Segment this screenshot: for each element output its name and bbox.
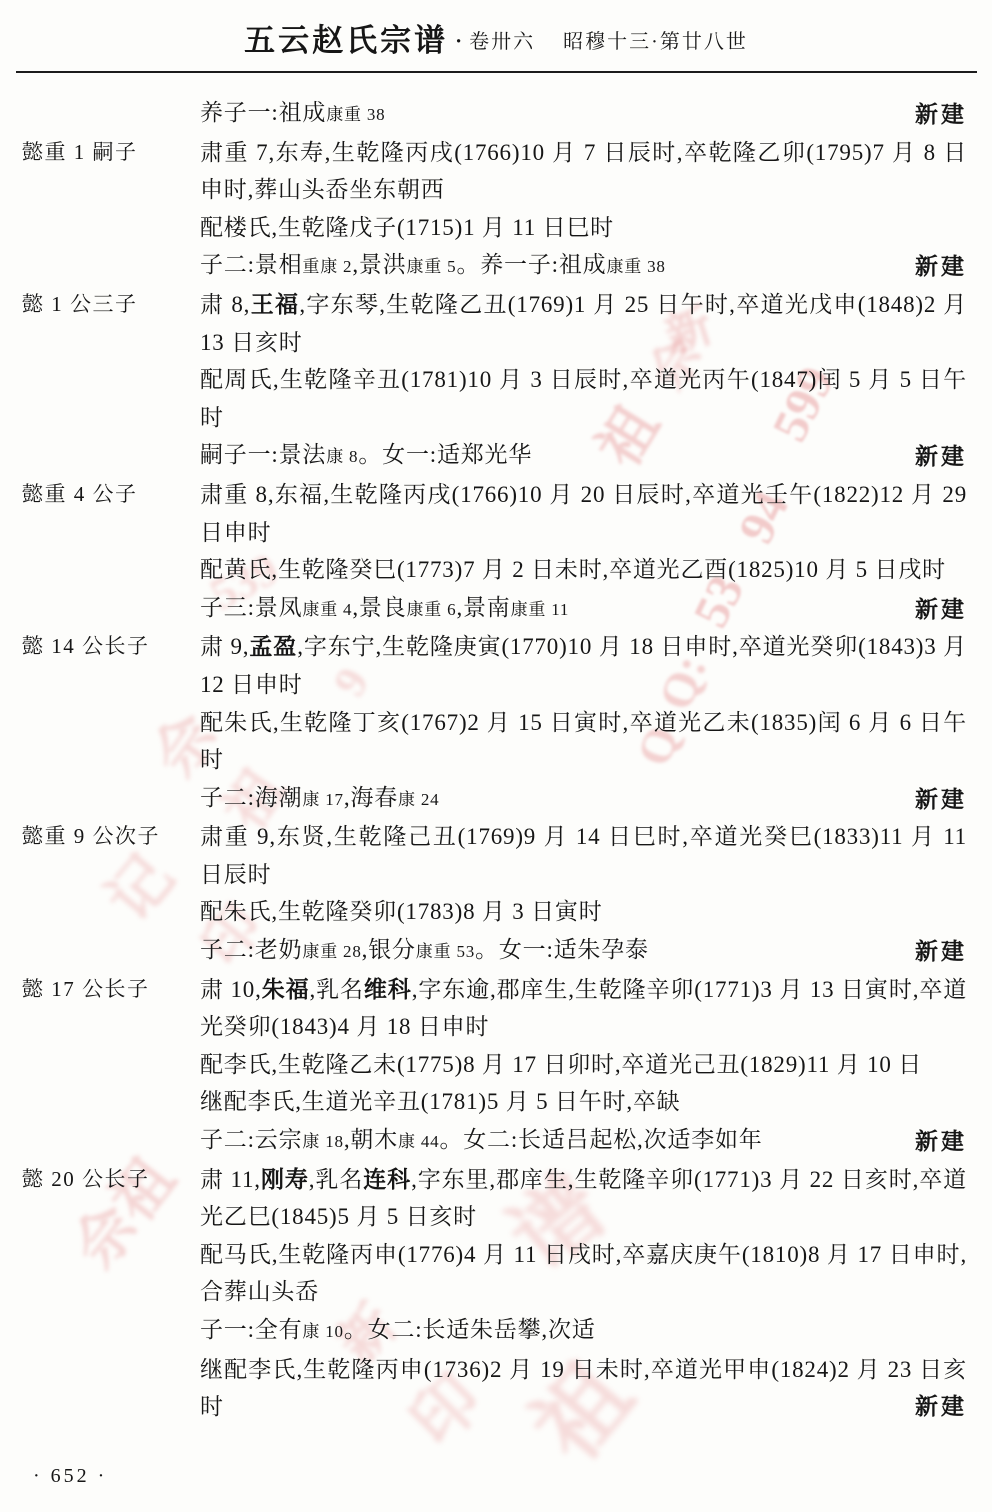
record-text: 配黄氏,生乾隆癸巳(1773)7 月 2 日未时,卒道光乙酉(1825)10 月…	[200, 557, 946, 582]
entry-content: 养子一:祖成康重 38新建	[200, 94, 992, 134]
xinjian-label: 新建	[915, 248, 967, 286]
record-text: 配朱氏,生乾隆癸卯(1783)8 月 3 日寅时	[200, 899, 603, 924]
xinjian-label: 新建	[915, 591, 967, 629]
entry-branch-label: 懿重 9 公次子	[0, 818, 200, 970]
record-paragraph: 子二:老奶康重 28,银分康重 53。女一:适朱孕泰新建	[200, 931, 967, 971]
entry-content: 肃 10,朱福,乳名维科,字东逾,郡庠生,生乾隆辛卯(1771)3 月 13 日…	[200, 971, 992, 1161]
record-text: 养子一:祖成	[200, 100, 326, 125]
record-text: ,景南	[456, 595, 510, 620]
entry-row: 懿重 9 公次子肃重 9,东贤,生乾隆己丑(1769)9 月 14 日巳时,卒道…	[0, 818, 992, 970]
entry-content: 肃 8,王福,字东琴,生乾隆乙丑(1769)1 月 25 日午时,卒道光戊申(1…	[200, 286, 992, 476]
entry-row: 养子一:祖成康重 38新建	[0, 94, 992, 134]
record-text: ,景洪	[352, 252, 406, 277]
record-paragraph: 配李氏,生乾隆乙未(1775)8 月 17 日卯时,卒道光己丑(1829)11 …	[200, 1046, 967, 1084]
record-text: ,景良	[352, 595, 406, 620]
record-paragraph: 子二:景相重康 2,景洪康重 5。养一子:祖成康重 38新建	[200, 246, 967, 286]
person-name: 王福	[250, 292, 299, 317]
record-paragraph: 养子一:祖成康重 38新建	[200, 94, 967, 134]
record-text: 子二:海潮	[200, 785, 302, 810]
page-number: · 652 ·	[33, 1465, 107, 1488]
xinjian-label: 新建	[915, 933, 967, 971]
record-paragraph: 肃 11,刚寿,乳名连科,字东里,郡庠生,生乾隆辛卯(1771)3 月 22 日…	[200, 1161, 967, 1236]
entry-row: 懿 1 公三子肃 8,王福,字东琴,生乾隆乙丑(1769)1 月 25 日午时,…	[0, 286, 992, 476]
generation-ref: 康重 4	[302, 600, 352, 619]
entry-row: 懿 20 公长子肃 11,刚寿,乳名连科,字东里,郡庠生,生乾隆辛卯(1771)…	[0, 1161, 992, 1426]
entry-branch-label: 懿 14 公长子	[0, 628, 200, 818]
xinjian-label: 新建	[915, 781, 967, 819]
record-text: ,字东宁,生乾隆庚寅(1770)10 月 18 日申时,卒道光癸卯(1843)3…	[200, 634, 967, 697]
record-paragraph: 子二:海潮康 17,海春康 24新建	[200, 779, 967, 819]
xinjian-label: 新建	[915, 1388, 967, 1426]
entry-branch-label: 懿重 1 嗣子	[0, 134, 200, 286]
generation-label: 昭穆十三·第廿八世	[563, 31, 748, 53]
generation-ref: 重康 2	[302, 257, 352, 276]
entry-branch-label: 懿 20 公长子	[0, 1161, 200, 1426]
record-text: 肃重 8,东福,生乾隆丙戌(1766)10 月 20 日辰时,卒道光壬午(182…	[200, 482, 967, 545]
record-paragraph: 肃 10,朱福,乳名维科,字东逾,郡庠生,生乾隆辛卯(1771)3 月 13 日…	[200, 971, 967, 1046]
record-paragraph: 配周氏,生乾隆辛丑(1781)10 月 3 日辰时,卒道光丙午(1847)闰 5…	[200, 361, 967, 436]
generation-ref: 康 24	[398, 790, 439, 809]
record-paragraph: 配朱氏,生乾隆癸卯(1783)8 月 3 日寅时	[200, 893, 967, 931]
page-header: 五云赵氏宗谱·卷卅六昭穆十三·第廿八世	[0, 0, 992, 60]
volume-label: 卷卅六	[469, 31, 535, 53]
person-name: 刚寿	[261, 1167, 309, 1192]
generation-ref: 康重 38	[606, 257, 665, 276]
record-paragraph: 肃 9,孟盈,字东宁,生乾隆庚寅(1770)10 月 18 日申时,卒道光癸卯(…	[200, 628, 967, 703]
record-text: 。养一子:祖成	[456, 252, 606, 277]
record-text: 子二:老奶	[200, 937, 302, 962]
record-text: ,朝木	[344, 1127, 398, 1152]
person-name: 维科	[364, 977, 412, 1002]
record-text: 肃 10,	[200, 977, 262, 1002]
record-text: 子二:云宗	[200, 1127, 302, 1152]
record-text: 配楼氏,生乾隆戊子(1715)1 月 11 日巳时	[200, 215, 614, 240]
entry-row: 懿重 4 公子肃重 8,东福,生乾隆丙戌(1766)10 月 20 日辰时,卒道…	[0, 476, 992, 628]
generation-ref: 康重 6	[407, 600, 457, 619]
entry-row: 懿重 1 嗣子肃重 7,东寿,生乾隆丙戌(1766)10 月 7 日辰时,卒乾隆…	[0, 134, 992, 286]
generation-ref: 康重 38	[326, 105, 385, 124]
generation-ref: 康重 5	[407, 257, 457, 276]
record-paragraph: 配马氏,生乾隆丙申(1776)4 月 11 日戌时,卒嘉庆庚午(1810)8 月…	[200, 1236, 967, 1311]
record-text: 继配李氏,生道光辛丑(1781)5 月 5 日午时,卒缺	[200, 1089, 680, 1114]
person-name: 朱福	[262, 977, 310, 1002]
entry-content: 肃重 7,东寿,生乾隆丙戌(1766)10 月 7 日辰时,卒乾隆乙卯(1795…	[200, 134, 992, 286]
generation-ref: 康重 11	[511, 600, 570, 619]
page-sheet: 五云赵氏宗谱·卷卅六昭穆十三·第廿八世 养子一:祖成康重 38新建懿重 1 嗣子…	[0, 0, 992, 1426]
generation-ref: 康 17	[302, 790, 343, 809]
record-paragraph: 配楼氏,生乾隆戊子(1715)1 月 11 日巳时	[200, 209, 967, 247]
scanned-genealogy-page: 新佘祖5999453Q:Q5399佘祖记印佘祖新谱祖印 五云赵氏宗谱·卷卅六昭穆…	[0, 0, 992, 1512]
record-paragraph: 配黄氏,生乾隆癸巳(1773)7 月 2 日未时,卒道光乙酉(1825)10 月…	[200, 551, 967, 589]
person-name: 孟盈	[249, 634, 297, 659]
generation-ref: 康 18	[302, 1132, 343, 1151]
entry-content: 肃 9,孟盈,字东宁,生乾隆庚寅(1770)10 月 18 日申时,卒道光癸卯(…	[200, 628, 992, 818]
record-paragraph: 肃 8,王福,字东琴,生乾隆乙丑(1769)1 月 25 日午时,卒道光戊申(1…	[200, 286, 967, 361]
xinjian-label: 新建	[915, 438, 967, 476]
record-text: 肃 8,	[200, 292, 250, 317]
record-text: 继配李氏,生乾隆丙申(1736)2 月 19 日未时,卒道光甲申(1824)2 …	[200, 1357, 967, 1420]
record-text: 。女二:长适吕起松,次适李如年	[439, 1127, 762, 1152]
record-paragraph: 肃重 8,东福,生乾隆丙戌(1766)10 月 20 日辰时,卒道光壬午(182…	[200, 476, 967, 551]
book-title: 五云赵氏宗谱	[244, 23, 448, 58]
generation-ref: 康重 28	[302, 942, 361, 961]
record-text: 配周氏,生乾隆辛丑(1781)10 月 3 日辰时,卒道光丙午(1847)闰 5…	[200, 367, 967, 430]
record-paragraph: 肃重 9,东贤,生乾隆己丑(1769)9 月 14 日巳时,卒道光癸巳(1833…	[200, 818, 967, 893]
generation-ref: 康 44	[398, 1132, 439, 1151]
record-text: 肃 9,	[200, 634, 249, 659]
entry-branch-label	[0, 94, 200, 134]
generation-ref: 康重 53	[416, 942, 475, 961]
entries: 养子一:祖成康重 38新建懿重 1 嗣子肃重 7,东寿,生乾隆丙戌(1766)1…	[0, 94, 992, 1426]
entry-content: 肃重 9,东贤,生乾隆己丑(1769)9 月 14 日巳时,卒道光癸巳(1833…	[200, 818, 992, 970]
record-text: 。女一:适郑光华	[358, 442, 532, 467]
generation-ref: 康 10	[302, 1322, 343, 1341]
record-paragraph: 配朱氏,生乾隆丁亥(1767)2 月 15 日寅时,卒道光乙未(1835)闰 6…	[200, 704, 967, 779]
xinjian-label: 新建	[915, 96, 967, 134]
record-text: 子三:景凤	[200, 595, 302, 620]
record-text: 嗣子一:景法	[200, 442, 326, 467]
record-paragraph: 继配李氏,生道光辛丑(1781)5 月 5 日午时,卒缺	[200, 1083, 967, 1121]
record-paragraph: 肃重 7,东寿,生乾隆丙戌(1766)10 月 7 日辰时,卒乾隆乙卯(1795…	[200, 134, 967, 209]
entry-row: 懿 17 公长子肃 10,朱福,乳名维科,字东逾,郡庠生,生乾隆辛卯(1771)…	[0, 971, 992, 1161]
title-separator-dot: ·	[455, 29, 462, 53]
record-text: 子二:景相	[200, 252, 302, 277]
record-text: 配朱氏,生乾隆丁亥(1767)2 月 15 日寅时,卒道光乙未(1835)闰 6…	[200, 710, 967, 773]
entry-branch-label: 懿 1 公三子	[0, 286, 200, 476]
entry-branch-label: 懿 17 公长子	[0, 971, 200, 1161]
header-rule	[16, 71, 977, 73]
entry-branch-label: 懿重 4 公子	[0, 476, 200, 628]
record-text: 配马氏,生乾隆丙申(1776)4 月 11 日戌时,卒嘉庆庚午(1810)8 月…	[200, 1242, 967, 1305]
record-paragraph: 嗣子一:景法康 8。女一:适郑光华新建	[200, 436, 967, 476]
generation-ref: 康 8	[326, 447, 358, 466]
entry-row: 懿 14 公长子肃 9,孟盈,字东宁,生乾隆庚寅(1770)10 月 18 日申…	[0, 628, 992, 818]
record-text: 。女二:长适朱岳攀,次适	[344, 1317, 596, 1342]
record-text: 肃重 7,东寿,生乾隆丙戌(1766)10 月 7 日辰时,卒乾隆乙卯(1795…	[200, 140, 967, 203]
person-name: 连科	[363, 1167, 411, 1192]
record-text: 。女一:适朱孕泰	[475, 937, 649, 962]
record-text: ,银分	[362, 937, 416, 962]
record-text: 子一:全有	[200, 1317, 302, 1342]
record-paragraph: 子二:云宗康 18,朝木康 44。女二:长适吕起松,次适李如年新建	[200, 1121, 967, 1161]
entry-content: 肃 11,刚寿,乳名连科,字东里,郡庠生,生乾隆辛卯(1771)3 月 22 日…	[200, 1161, 992, 1426]
record-text: ,乳名	[310, 977, 364, 1002]
record-text: ,字东琴,生乾隆乙丑(1769)1 月 25 日午时,卒道光戊申(1848)2 …	[200, 292, 967, 355]
record-text: ,乳名	[309, 1167, 363, 1192]
record-text: 肃重 9,东贤,生乾隆己丑(1769)9 月 14 日巳时,卒道光癸巳(1833…	[200, 824, 967, 887]
record-text: 配李氏,生乾隆乙未(1775)8 月 17 日卯时,卒道光己丑(1829)11 …	[200, 1052, 922, 1077]
record-text: 肃 11,	[200, 1167, 261, 1192]
record-paragraph: 继配李氏,生乾隆丙申(1736)2 月 19 日未时,卒道光甲申(1824)2 …	[200, 1351, 967, 1426]
record-paragraph: 子三:景凤康重 4,景良康重 6,景南康重 11新建	[200, 589, 967, 629]
xinjian-label: 新建	[915, 1123, 967, 1161]
entry-content: 肃重 8,东福,生乾隆丙戌(1766)10 月 20 日辰时,卒道光壬午(182…	[200, 476, 992, 628]
record-paragraph: 子一:全有康 10。女二:长适朱岳攀,次适	[200, 1311, 967, 1351]
record-text: ,海春	[344, 785, 398, 810]
